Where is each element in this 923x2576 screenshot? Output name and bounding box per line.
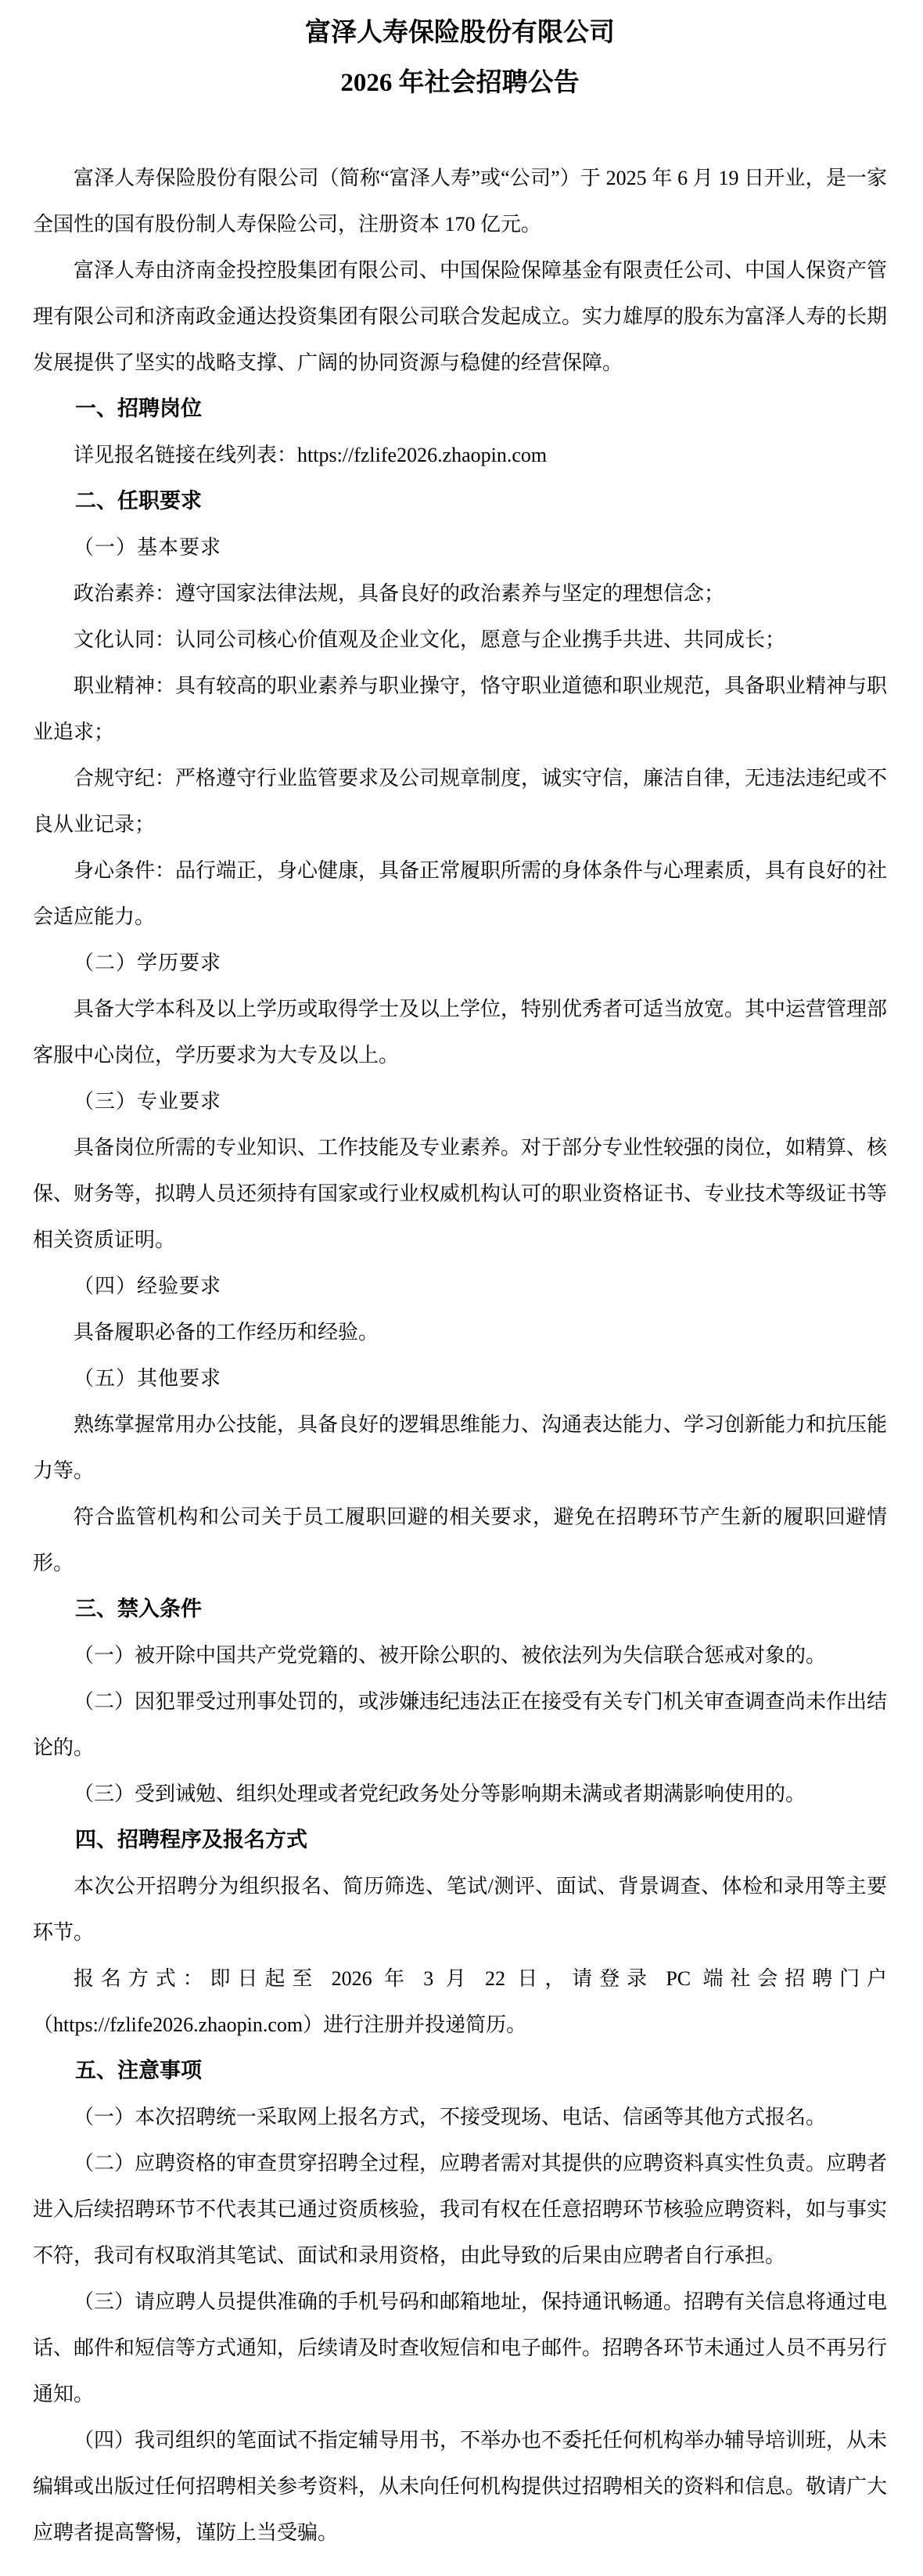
paragraph-culture-identity: 文化认同：认同公司核心价值观及企业文化，愿意与企业携手共进、共同成长； <box>33 617 887 663</box>
paragraph-prohibited-1: （一）被开除中国共产党党籍的、被开除公职的、被依法列为失信联合惩戒对象的。 <box>33 1632 887 1678</box>
paragraph-office-skills: 熟练掌握常用办公技能，具备良好的逻辑思维能力、沟通表达能力、学习创新能力和抗压能… <box>33 1401 887 1494</box>
paragraph-professional-spirit: 职业精神：具有较高的职业素养与职业操守，恪守职业道德和职业规范，具备职业精神与职… <box>33 663 887 755</box>
heading-job-requirements: 二、任职要求 <box>33 478 887 524</box>
paragraph-political-quality: 政治素养：遵守国家法律法规，具备良好的政治素养与坚定的理想信念； <box>33 570 887 617</box>
paragraph-company-intro: 富泽人寿保险股份有限公司（简称“富泽人寿”或“公司”）于 2025 年 6 月 … <box>33 155 887 247</box>
paragraph-application-method: 报名方式：即日起至 2026 年 3 月 22 日，请登录 PC 端社会招聘门户… <box>33 1955 887 2048</box>
subheading-basic-requirements: （一）基本要求 <box>33 524 887 570</box>
document-body: 富泽人寿保险股份有限公司（简称“富泽人寿”或“公司”）于 2025 年 6 月 … <box>33 155 887 2556</box>
paragraph-health-condition: 身心条件：品行端正，身心健康，具备正常履职所需的身体条件与心理素质，具有良好的社… <box>33 847 887 940</box>
paragraph-prohibited-2: （二）因犯罪受过刑事处罚的，或涉嫌违纪违法正在接受有关专门机关审查调查尚未作出结… <box>33 1678 887 1771</box>
paragraph-education-detail: 具备大学本科及以上学历或取得学士及以上学位，特别优秀者可适当放宽。其中运营管理部… <box>33 986 887 1078</box>
paragraph-note-4: （四）我司组织的笔面试不指定辅导用书，不举办也不委托任何机构举办辅导培训班，从未… <box>33 2417 887 2556</box>
subheading-major-requirements: （三）专业要求 <box>33 1078 887 1124</box>
document-title-line-1: 富泽人寿保险股份有限公司 <box>33 8 887 58</box>
heading-procedure-and-application: 四、招聘程序及报名方式 <box>33 1817 887 1863</box>
paragraph-avoidance-rules: 符合监管机构和公司关于员工履职回避的相关要求，避免在招聘环节产生新的履职回避情形… <box>33 1494 887 1586</box>
paragraph-note-3: （三）请应聘人员提供准确的手机号码和邮箱地址，保持通讯畅通。招聘有关信息将通过电… <box>33 2279 887 2417</box>
paragraph-compliance-discipline: 合规守纪：严格遵守行业监管要求及公司规章制度，诚实守信，廉洁自律，无违法违纪或不… <box>33 755 887 847</box>
document-title-block: 富泽人寿保险股份有限公司 2026 年社会招聘公告 <box>33 8 887 108</box>
paragraph-note-1: （一）本次招聘统一采取网上报名方式，不接受现场、电话、信函等其他方式报名。 <box>33 2094 887 2140</box>
subheading-other-requirements: （五）其他要求 <box>33 1355 887 1401</box>
heading-prohibited-conditions: 三、禁入条件 <box>33 1586 887 1632</box>
paragraph-procedure-detail: 本次公开招聘分为组织报名、简历筛选、笔试/测评、面试、背景调查、体检和录用等主要… <box>33 1863 887 1955</box>
heading-notes: 五、注意事项 <box>33 2048 887 2094</box>
paragraph-experience-detail: 具备履职必备的工作经历和经验。 <box>33 1309 887 1355</box>
document-title-line-2: 2026 年社会招聘公告 <box>33 58 887 108</box>
paragraph-shareholders: 富泽人寿由济南金投控股集团有限公司、中国保险保障基金有限责任公司、中国人保资产管… <box>33 247 887 386</box>
recruitment-announcement-document: 富泽人寿保险股份有限公司 2026 年社会招聘公告 富泽人寿保险股份有限公司（简… <box>0 0 923 2556</box>
subheading-education-requirements: （二）学历要求 <box>33 940 887 986</box>
paragraph-prohibited-3: （三）受到诫勉、组织处理或者党纪政务处分等影响期未满或者期满影响使用的。 <box>33 1771 887 1817</box>
paragraph-note-2: （二）应聘资格的审查贯穿招聘全过程，应聘者需对其提供的应聘资料真实性负责。应聘者… <box>33 2140 887 2279</box>
paragraph-apply-link: 详见报名链接在线列表：https://fzlife2026.zhaopin.co… <box>33 432 887 478</box>
paragraph-major-detail: 具备岗位所需的专业知识、工作技能及专业素养。对于部分专业性较强的岗位，如精算、核… <box>33 1124 887 1263</box>
subheading-experience-requirements: （四）经验要求 <box>33 1263 887 1309</box>
heading-recruitment-positions: 一、招聘岗位 <box>33 386 887 432</box>
